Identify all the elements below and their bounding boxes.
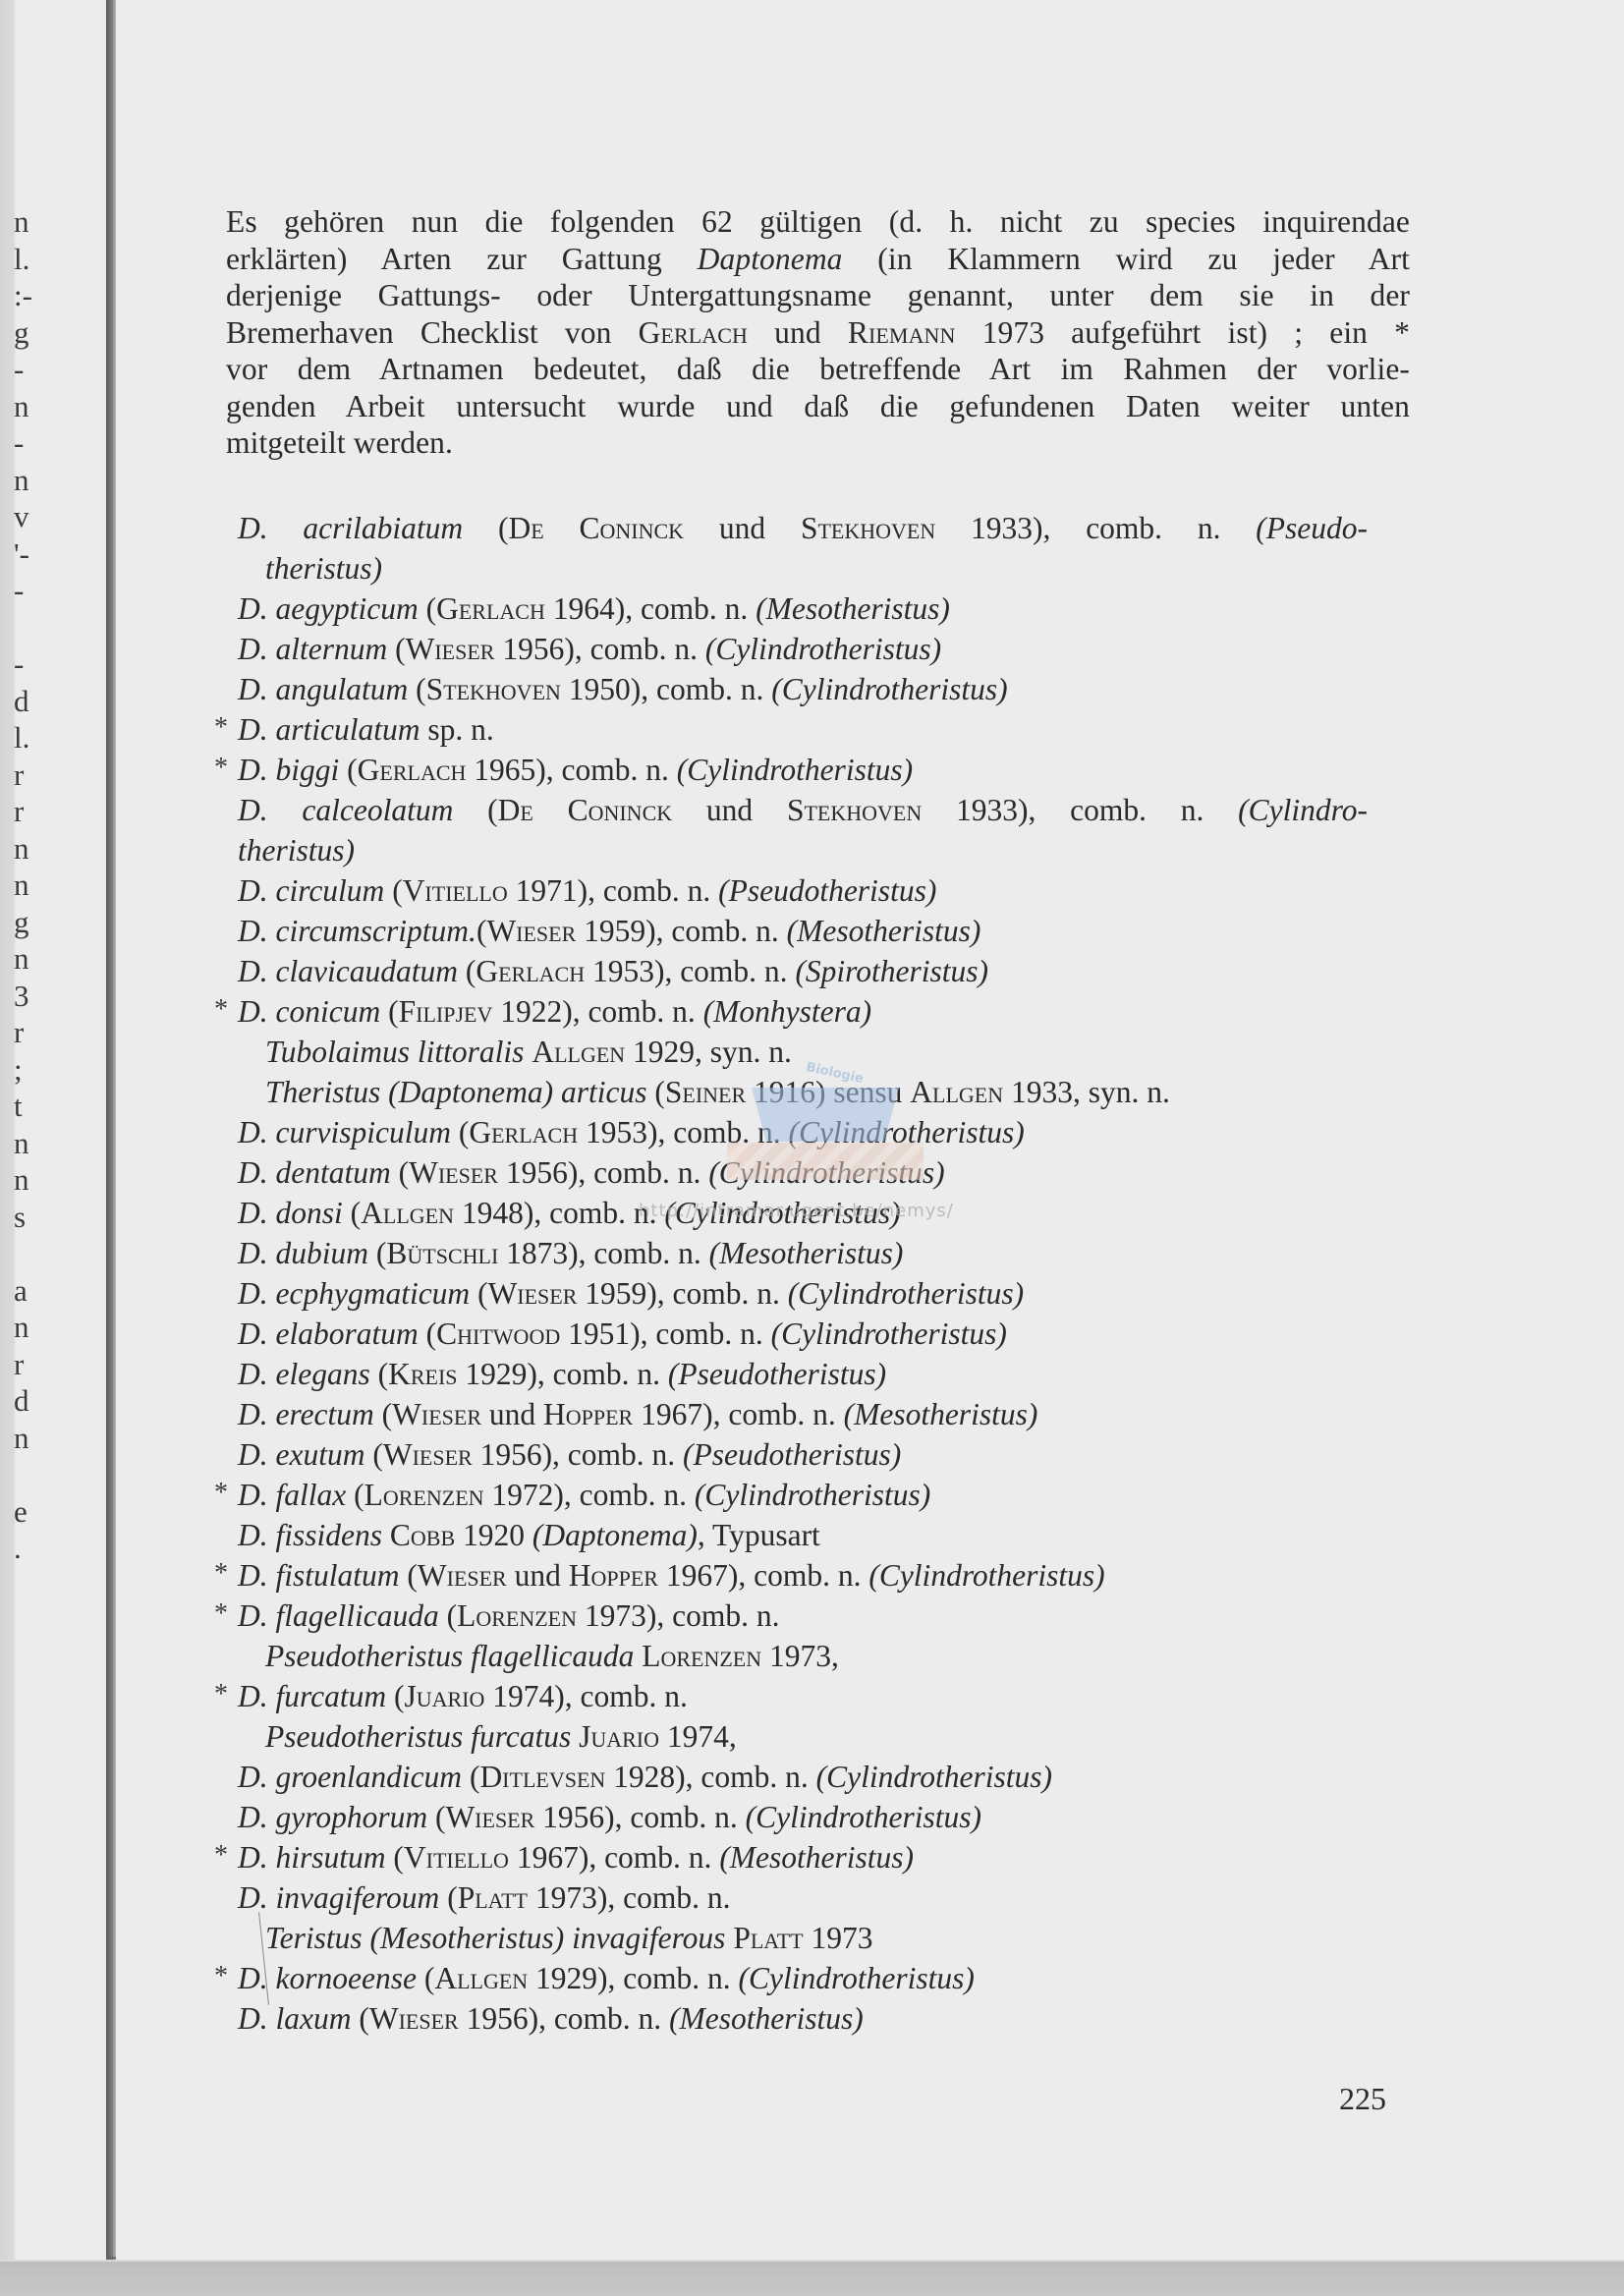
species-line: D. invagiferoum (Platt 1973), comb. n. <box>238 1877 1417 1918</box>
author-name: Gerlach <box>358 753 467 787</box>
author-name: Gerlach <box>469 1115 578 1149</box>
italic-text: (Cylindrotheristus) <box>708 1155 944 1190</box>
italic-text: Tubolaimus littoralis <box>265 1035 524 1069</box>
species-entry: D. clavicaudatum (Gerlach 1953), comb. n… <box>238 951 1417 991</box>
examined-marker: * <box>214 1674 228 1714</box>
intro-line: Bremerhaven Checklist von Gerlach und Ri… <box>226 314 1410 352</box>
facing-page-fragment: r <box>14 759 24 790</box>
author-name: Platt <box>733 1921 803 1955</box>
text-segment: 1973, <box>761 1639 839 1673</box>
species-line: *D. kornoeense (Allgen 1929), comb. n. (… <box>238 1958 1417 1998</box>
italic-text: D. articulatum <box>238 712 420 747</box>
species-entry: D. laxum (Wieser 1956), comb. n. (Mesoth… <box>238 1998 1417 2039</box>
facing-page-fragment: n <box>14 465 29 495</box>
author-name: Lorenzen <box>457 1598 577 1633</box>
italic-text: Pseudotheristus furcatus <box>265 1719 571 1754</box>
author-name: Wieser <box>369 2001 459 2036</box>
species-list: D. acrilabiatum (De Coninck und Stekhove… <box>238 508 1417 2039</box>
italic-text: (Cylindrotheristus) <box>695 1478 930 1512</box>
text-segment: und <box>748 315 848 350</box>
species-line: D. circulum (Vitiello 1971), comb. n. (P… <box>238 870 1417 911</box>
text-segment: Bremerhaven Checklist von <box>226 315 639 350</box>
author-name: Allgen <box>910 1075 1003 1109</box>
species-line: D. angulatum (Stekhoven 1950), comb. n. … <box>238 669 1417 709</box>
italic-text: (Cylindrotheristus) <box>664 1196 900 1230</box>
text-segment: Es gehören nun die folgenden 62 gültigen… <box>226 204 1410 239</box>
italic-text: D. exutum <box>238 1437 364 1472</box>
italic-text: (Cylindrotheristus) <box>788 1276 1024 1311</box>
species-line: D. groenlandicum (Ditlevsen 1928), comb.… <box>238 1757 1417 1797</box>
species-entry: *D. fistulatum (Wieser und Hopper 1967),… <box>238 1555 1417 1596</box>
text-segment: ( <box>427 1800 445 1834</box>
text-segment: 1973 aufgeführt ist) ; ein * <box>956 315 1410 350</box>
species-line: *D. fallax (Lorenzen 1972), comb. n. (Cy… <box>238 1475 1417 1515</box>
author-name: Allgen <box>434 1961 528 1995</box>
facing-page-fragment: . <box>14 1533 22 1563</box>
text-segment: 1873), comb. n. <box>498 1236 708 1270</box>
facing-page-fragment: l. <box>14 722 29 753</box>
author-name: Riemann <box>848 315 956 350</box>
text-segment: ( <box>351 2001 368 2036</box>
italic-text: D. donsi <box>238 1196 343 1230</box>
text-segment: 1929, syn. n. <box>625 1035 792 1069</box>
species-continuation-line: Tubolaimus littoralis Allgen 1929, syn. … <box>238 1032 1417 1072</box>
text-segment: ( <box>470 1276 487 1311</box>
text-segment: 1967), comb. n. <box>509 1840 719 1875</box>
text-segment: 1953), comb. n. <box>578 1115 788 1149</box>
text-segment: 1929), comb. n. <box>458 1357 668 1391</box>
italic-text: (Cylindrotheristus) <box>746 1800 981 1834</box>
italic-text: D. acrilabiatum <box>238 511 463 545</box>
text-segment: ( <box>408 672 425 706</box>
author-name: Stekhoven <box>801 511 935 545</box>
text-segment: ( <box>417 1961 434 1995</box>
author-name: Lorenzen <box>642 1639 761 1673</box>
species-entry: D. calceolatum (De Coninck und Stekhoven… <box>238 790 1417 870</box>
facing-page-fragment: '- <box>14 538 29 569</box>
text-segment: 1974), comb. n. <box>484 1679 687 1713</box>
text-segment: ( <box>343 1196 361 1230</box>
species-entry: D. exutum (Wieser 1956), comb. n. (Pseud… <box>238 1434 1417 1475</box>
italic-text: (Daptonema) <box>532 1518 698 1552</box>
text-segment: 1959), comb. n. <box>576 914 786 948</box>
species-entry: D. ecphygmaticum (Wieser 1959), comb. n.… <box>238 1273 1417 1314</box>
facing-page-fragment: d <box>14 1385 29 1416</box>
author-name: De Coninck <box>509 511 685 545</box>
text-segment: ( <box>384 873 402 908</box>
species-line: D. alternum (Wieser 1956), comb. n. (Cyl… <box>238 629 1417 669</box>
species-entry: D. angulatum (Stekhoven 1950), comb. n. … <box>238 669 1417 709</box>
italic-text: D. fissidens <box>238 1518 382 1552</box>
text-segment: ( <box>386 1679 404 1713</box>
italic-text: (Spirotheristus) <box>795 954 988 988</box>
facing-page-fragment: n <box>14 1164 29 1195</box>
italic-text: D. dentatum <box>238 1155 391 1190</box>
italic-text: D. furcatum <box>238 1679 386 1713</box>
italic-text: (Pseudo- <box>1256 511 1368 545</box>
species-continuation-line: Teristus (Mesotheristus) invagiferous Pl… <box>238 1918 1417 1958</box>
facing-page-fragment: r <box>14 1017 24 1047</box>
italic-text: theristus) <box>265 551 382 586</box>
author-name: Gerlach <box>476 954 585 988</box>
italic-text: D. erectum <box>238 1397 374 1431</box>
facing-page-fragment: r <box>14 796 24 826</box>
italic-text: D. conicum <box>238 994 380 1029</box>
species-line: *D. fistulatum (Wieser und Hopper 1967),… <box>238 1555 1417 1596</box>
species-line: D. dubium (Bütschli 1873), comb. n. (Mes… <box>238 1233 1417 1273</box>
author-name: Wieser <box>409 1155 498 1190</box>
italic-text: D. laxum <box>238 2001 351 2036</box>
facing-page-fragment: a <box>14 1275 28 1306</box>
species-entry: *D. flagellicauda (Lorenzen 1973), comb.… <box>238 1596 1417 1676</box>
intro-line: Es gehören nun die folgenden 62 gültigen… <box>226 203 1410 241</box>
species-entry: D. elaboratum (Chitwood 1951), comb. n. … <box>238 1314 1417 1354</box>
text-segment: sp. n. <box>420 712 494 747</box>
italic-text: (Cylindrotheristus) <box>816 1760 1052 1794</box>
facing-page-fragment: n <box>14 1312 29 1342</box>
facing-page-fragment: t <box>14 1091 23 1121</box>
text-segment: 1971), comb. n. <box>508 873 718 908</box>
text-segment: ( <box>400 1558 418 1593</box>
text-segment: 1973), comb. n. <box>577 1598 779 1633</box>
facing-page-fragment: :- <box>14 280 32 310</box>
text-segment: 1933, syn. n. <box>1003 1075 1170 1109</box>
species-line: D. dentatum (Wieser 1956), comb. n. (Cyl… <box>238 1152 1417 1193</box>
species-entry: D. acrilabiatum (De Coninck und Stekhove… <box>238 508 1417 588</box>
examined-marker: * <box>214 989 228 1030</box>
italic-text: Daptonema <box>698 242 843 276</box>
species-entry: D. curvispiculum (Gerlach 1953), comb. n… <box>238 1112 1417 1152</box>
species-entry: D. erectum (Wieser und Hopper 1967), com… <box>238 1394 1417 1434</box>
text-segment: derjenige Gattungs- oder Untergattungsna… <box>226 278 1410 312</box>
text-segment: 1972), comb. n. <box>484 1478 695 1512</box>
author-name: Kreis <box>388 1357 457 1391</box>
facing-page-fragment: e <box>14 1496 28 1527</box>
text-segment: 1956), comb. n. <box>473 1437 683 1472</box>
italic-text: (Mesotheristus) <box>787 914 981 948</box>
author-name: Allgen <box>361 1196 454 1230</box>
italic-text: D. fallax <box>238 1478 346 1512</box>
italic-text: D. dubium <box>238 1236 368 1270</box>
text-segment: 1933), comb. n. <box>922 793 1238 827</box>
intro-line: genden Arbeit untersucht wurde und daß d… <box>226 388 1410 425</box>
facing-page-fragment: - <box>14 427 24 458</box>
author-name: Juario <box>579 1719 659 1754</box>
italic-text: (Mesotheristus) <box>669 2001 864 2036</box>
italic-text: (Mesotheristus) <box>719 1840 914 1875</box>
author-name: Chitwood <box>436 1316 560 1351</box>
intro-line: vor dem Artnamen bedeutet, daß die betre… <box>226 351 1410 388</box>
text-segment: und <box>507 1558 569 1593</box>
examined-marker: * <box>214 748 228 788</box>
italic-text: D. curvispiculum <box>238 1115 451 1149</box>
author-name: Bütschli <box>386 1236 498 1270</box>
text-segment: ( <box>368 1236 386 1270</box>
facing-page-fragment: v <box>14 501 29 532</box>
species-entry: D. elegans (Kreis 1929), comb. n. (Pseud… <box>238 1354 1417 1394</box>
text-segment: 1933), comb. n. <box>935 511 1256 545</box>
italic-text: (Cylindrotheristus) <box>705 632 941 666</box>
facing-page-margin: nl.:-g-n-nv'---dl.rrnngn3r;tnnsanrdne. <box>0 0 110 2260</box>
italic-text: (Cylindrotheristus) <box>677 753 913 787</box>
page-number: 225 <box>1339 2081 1386 2117</box>
scan-bottom-border <box>0 2260 1624 2296</box>
author-name: Hopper <box>569 1558 658 1593</box>
italic-text: (Cylindrotheristus) <box>739 1961 975 1995</box>
text-segment: 1965), comb. n. <box>466 753 676 787</box>
author-name: Gerlach <box>436 591 545 626</box>
italic-text: D. ecphygmaticum <box>238 1276 470 1311</box>
species-entry: D. fissidens Cobb 1920 (Daptonema), Typu… <box>238 1515 1417 1555</box>
author-name: Wieser <box>488 1276 578 1311</box>
author-name: De Coninck <box>498 793 673 827</box>
text-segment: mitgeteilt werden. <box>226 425 453 460</box>
italic-text: (Cylindrotheristus) <box>771 672 1007 706</box>
facing-page-fragment: n <box>14 206 29 237</box>
text-segment: 1956), comb. n. <box>498 1155 708 1190</box>
text-segment: ( <box>419 591 436 626</box>
text-segment: 1948), comb. n. <box>454 1196 664 1230</box>
text-segment <box>382 1518 390 1552</box>
text-segment: ( <box>346 1478 364 1512</box>
italic-text: (Cylindro- <box>1238 793 1368 827</box>
text-segment: und <box>481 1397 543 1431</box>
italic-text: (Pseudotheristus) <box>718 873 936 908</box>
intro-line: derjenige Gattungs- oder Untergattungsna… <box>226 277 1410 314</box>
text-segment: ( <box>647 1075 665 1109</box>
text-segment: ( <box>364 1437 382 1472</box>
text-segment: 1959), comb. n. <box>577 1276 787 1311</box>
italic-text: D. aegypticum <box>238 591 419 626</box>
text-segment: 1922), comb. n. <box>492 994 702 1029</box>
facing-page-fragment: l. <box>14 244 29 274</box>
author-name: Allgen <box>532 1035 625 1069</box>
italic-text: D. clavicaudatum <box>238 954 458 988</box>
author-name: Juario <box>404 1679 484 1713</box>
species-entry: *D. conicum (Filipjev 1922), comb. n. (M… <box>238 991 1417 1112</box>
text-segment: ( <box>387 632 405 666</box>
species-line: D. clavicaudatum (Gerlach 1953), comb. n… <box>238 951 1417 991</box>
italic-text: Pseudotheristus flagellicauda <box>265 1639 634 1673</box>
text-segment: ( <box>391 1155 409 1190</box>
text-segment: ( <box>462 1760 479 1794</box>
intro-line: mitgeteilt werden. <box>226 424 1410 462</box>
text-segment: erklärten) Arten zur Gattung <box>226 242 698 276</box>
facing-page-fragment: n <box>14 1128 29 1158</box>
species-continuation-line: Theristus (Daptonema) articus (Seiner 19… <box>238 1072 1417 1112</box>
italic-text: D. angulatum <box>238 672 408 706</box>
facing-page-fragment: ; <box>14 1054 23 1085</box>
examined-marker: * <box>214 1473 228 1513</box>
italic-text: D. flagellicauda <box>238 1598 439 1633</box>
facing-page-fragment: 3 <box>14 980 29 1011</box>
author-name: Platt <box>458 1880 528 1915</box>
species-continuation-line: theristus) <box>238 548 1417 588</box>
species-entry: D. invagiferoum (Platt 1973), comb. n.Te… <box>238 1877 1417 1958</box>
italic-text: (Cylindrotheristus) <box>788 1115 1024 1149</box>
species-entry: *D. hirsutum (Vitiello 1967), comb. n. (… <box>238 1837 1417 1877</box>
author-name: Lorenzen <box>364 1478 484 1512</box>
species-entry: *D. biggi (Gerlach 1965), comb. n. (Cyli… <box>238 750 1417 790</box>
italic-text: Theristus (Daptonema) articus <box>265 1075 647 1109</box>
species-line: D. calceolatum (De Coninck und Stekhoven… <box>238 790 1368 830</box>
text-segment: 1956), comb. n. <box>534 1800 745 1834</box>
author-name: Wieser <box>486 914 576 948</box>
italic-text: D. hirsutum <box>238 1840 386 1875</box>
italic-text: D. calceolatum <box>238 793 453 827</box>
species-line: D. gyrophorum (Wieser 1956), comb. n. (C… <box>238 1797 1417 1837</box>
facing-page-fragment: n <box>14 869 29 900</box>
author-name: Stekhoven <box>787 793 922 827</box>
italic-text: theristus) <box>238 833 355 868</box>
intro-paragraph: Es gehören nun die folgenden 62 gültigen… <box>226 203 1410 462</box>
examined-marker: * <box>214 1835 228 1876</box>
italic-text: (Pseudotheristus) <box>668 1357 886 1391</box>
italic-text: D. circulum <box>238 873 384 908</box>
text-segment: 1973), comb. n. <box>528 1880 730 1915</box>
italic-text: D. fistulatum <box>238 1558 400 1593</box>
author-name: Wieser <box>392 1397 481 1431</box>
species-entry: *D. kornoeense (Allgen 1929), comb. n. (… <box>238 1958 1417 1998</box>
examined-marker: * <box>214 1594 228 1634</box>
text-segment: vor dem Artnamen bedeutet, daß die betre… <box>226 352 1410 386</box>
text-segment: und <box>684 511 801 545</box>
species-entry: *D. furcatum (Juario 1974), comb. n.Pseu… <box>238 1676 1417 1757</box>
text-segment: ( <box>386 1840 404 1875</box>
facing-page-fragment: - <box>14 575 24 605</box>
text-segment: ( <box>374 1397 392 1431</box>
species-line: D. fissidens Cobb 1920 (Daptonema), Typu… <box>238 1515 1417 1555</box>
facing-page-fragment: g <box>14 907 29 937</box>
text-segment: 1951), comb. n. <box>560 1316 770 1351</box>
author-name: Stekhoven <box>426 672 561 706</box>
author-name: Filipjev <box>399 994 493 1029</box>
species-entry: *D. articulatum sp. n. <box>238 709 1417 750</box>
text-segment: ( <box>380 994 398 1029</box>
author-name: Wieser <box>406 632 495 666</box>
italic-text: (Monhystera) <box>703 994 871 1029</box>
facing-page-fragment: n <box>14 943 29 974</box>
species-entry: D. dentatum (Wieser 1956), comb. n. (Cyl… <box>238 1152 1417 1193</box>
species-entry: *D. fallax (Lorenzen 1972), comb. n. (Cy… <box>238 1475 1417 1515</box>
italic-text: (Mesotheristus) <box>709 1236 904 1270</box>
text-segment: ( <box>451 1115 469 1149</box>
author-name: Vitiello <box>403 873 508 908</box>
species-entry: D. alternum (Wieser 1956), comb. n. (Cyl… <box>238 629 1417 669</box>
italic-text: D. invagiferoum <box>238 1880 439 1915</box>
text-segment: ( <box>439 1880 457 1915</box>
author-name: Cobb <box>390 1518 455 1552</box>
text-segment: (in Klammern wird zu jeder Art <box>843 242 1410 276</box>
text-segment: ( <box>463 511 508 545</box>
author-name: Seiner <box>665 1075 746 1109</box>
facing-page-fragment: n <box>14 833 29 864</box>
text-segment: , Typusart <box>698 1518 820 1552</box>
text-segment: 1974, <box>659 1719 737 1754</box>
italic-text: (Pseudotheristus) <box>683 1437 901 1472</box>
examined-marker: * <box>214 1553 228 1594</box>
italic-text: (Mesotheristus) <box>756 591 950 626</box>
text-segment: und <box>672 793 787 827</box>
text-segment: ( <box>476 914 487 948</box>
facing-page-fragment: r <box>14 1349 24 1379</box>
species-entry: D. aegypticum (Gerlach 1964), comb. n. (… <box>238 588 1417 629</box>
species-entry: D. circulum (Vitiello 1971), comb. n. (P… <box>238 870 1417 911</box>
text-segment: 1967), comb. n. <box>658 1558 868 1593</box>
examined-marker: * <box>214 1956 228 1996</box>
text-segment: 1953), comb. n. <box>585 954 795 988</box>
author-name: Wieser <box>445 1800 534 1834</box>
italic-text: D. alternum <box>238 632 387 666</box>
species-line: *D. articulatum sp. n. <box>238 709 1417 750</box>
facing-page-fragment: d <box>14 686 29 716</box>
species-continuation-line: Pseudotheristus flagellicauda Lorenzen 1… <box>238 1636 1417 1676</box>
italic-text: D. gyrophorum <box>238 1800 427 1834</box>
species-line: *D. furcatum (Juario 1974), comb. n. <box>238 1676 1417 1716</box>
author-name: Gerlach <box>639 315 748 350</box>
species-line: *D. flagellicauda (Lorenzen 1973), comb.… <box>238 1596 1417 1636</box>
text-segment: ( <box>458 954 476 988</box>
species-entry: D. circumscriptum.(Wieser 1959), comb. n… <box>238 911 1417 951</box>
species-line: D. elaboratum (Chitwood 1951), comb. n. … <box>238 1314 1417 1354</box>
text-segment: 1956), comb. n. <box>459 2001 669 2036</box>
text-segment: 1950), comb. n. <box>561 672 771 706</box>
facing-page-fragment: - <box>14 648 24 679</box>
species-entry: D. gyrophorum (Wieser 1956), comb. n. (C… <box>238 1797 1417 1837</box>
italic-text: (Mesotheristus) <box>844 1397 1038 1431</box>
text-segment: 1964), comb. n. <box>545 591 756 626</box>
text-segment: 1967), comb. n. <box>633 1397 843 1431</box>
species-line: D. elegans (Kreis 1929), comb. n. (Pseud… <box>238 1354 1417 1394</box>
text-segment <box>571 1719 579 1754</box>
italic-text: D. elaboratum <box>238 1316 419 1351</box>
facing-page-fragment: g <box>14 317 29 348</box>
species-line: D. ecphygmaticum (Wieser 1959), comb. n.… <box>238 1273 1417 1314</box>
facing-page-fragment: n <box>14 391 29 421</box>
author-name: Wieser <box>418 1558 507 1593</box>
facing-page-fragment: s <box>14 1202 26 1232</box>
text-segment: ( <box>339 753 357 787</box>
species-continuation-line: Pseudotheristus furcatus Juario 1974, <box>238 1716 1417 1757</box>
species-entry: D. donsi (Allgen 1948), comb. n. (Cylind… <box>238 1193 1417 1233</box>
facing-page-fragment: - <box>14 354 24 384</box>
italic-text: D. biggi <box>238 753 339 787</box>
text-segment: 1916) sensu <box>746 1075 910 1109</box>
text-segment: 1929), comb. n. <box>528 1961 738 1995</box>
italic-text: Teristus (Mesotheristus) invagiferous <box>265 1921 725 1955</box>
text-segment: 1920 <box>455 1518 532 1552</box>
species-line: D. laxum (Wieser 1956), comb. n. (Mesoth… <box>238 1998 1417 2039</box>
italic-text: (Cylindrotheristus) <box>868 1558 1104 1593</box>
text-segment: 1973 <box>804 1921 873 1955</box>
species-line: D. aegypticum (Gerlach 1964), comb. n. (… <box>238 588 1417 629</box>
author-name: Ditlevsen <box>479 1760 605 1794</box>
author-name: Hopper <box>543 1397 633 1431</box>
intro-line: erklärten) Arten zur Gattung Daptonema (… <box>226 241 1410 278</box>
species-line: D. erectum (Wieser und Hopper 1967), com… <box>238 1394 1417 1434</box>
text-segment: 1956), comb. n. <box>494 632 704 666</box>
text-segment: genden Arbeit untersucht wurde und daß d… <box>226 389 1410 423</box>
species-line: D. circumscriptum.(Wieser 1959), comb. n… <box>238 911 1417 951</box>
species-line: D. exutum (Wieser 1956), comb. n. (Pseud… <box>238 1434 1417 1475</box>
species-entry: D. dubium (Bütschli 1873), comb. n. (Mes… <box>238 1233 1417 1273</box>
author-name: Vitiello <box>404 1840 509 1875</box>
text-segment: ( <box>419 1316 436 1351</box>
species-entry: D. groenlandicum (Ditlevsen 1928), comb.… <box>238 1757 1417 1797</box>
species-line: D. acrilabiatum (De Coninck und Stekhove… <box>238 508 1368 548</box>
italic-text: D. elegans <box>238 1357 370 1391</box>
text-segment: ( <box>453 793 497 827</box>
